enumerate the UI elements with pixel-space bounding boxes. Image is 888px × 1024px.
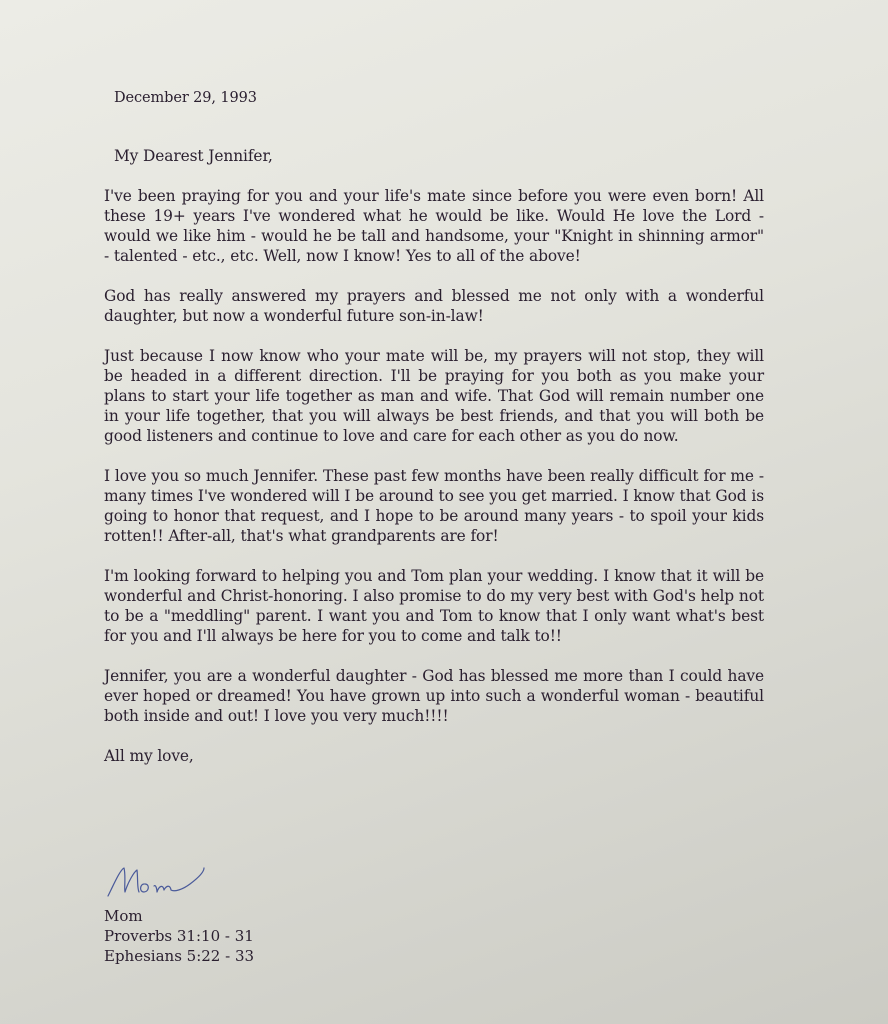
paragraph: Jennifer, you are a wonderful daughter -…: [104, 666, 764, 726]
paragraph: God has really answered my prayers and b…: [104, 286, 764, 326]
paragraph: I'm looking forward to helping you and T…: [104, 566, 764, 646]
letter-body: December 29, 1993 My Dearest Jennifer, I…: [104, 88, 764, 776]
handwritten-signature: Mom: [104, 862, 224, 902]
closing: All my love,: [104, 746, 764, 766]
paragraph: I love you so much Jennifer. These past …: [104, 466, 764, 546]
salutation: My Dearest Jennifer,: [114, 146, 764, 166]
scripture-reference: Ephesians 5:22 - 33: [104, 946, 254, 966]
signer-block: Mom Proverbs 31:10 - 31 Ephesians 5:22 -…: [104, 906, 254, 966]
scripture-reference: Proverbs 31:10 - 31: [104, 926, 254, 946]
letter-date: December 29, 1993: [114, 88, 764, 108]
paragraph: Just because I now know who your mate wi…: [104, 346, 764, 446]
signer-name: Mom: [104, 906, 254, 926]
paragraph: I've been praying for you and your life'…: [104, 186, 764, 266]
